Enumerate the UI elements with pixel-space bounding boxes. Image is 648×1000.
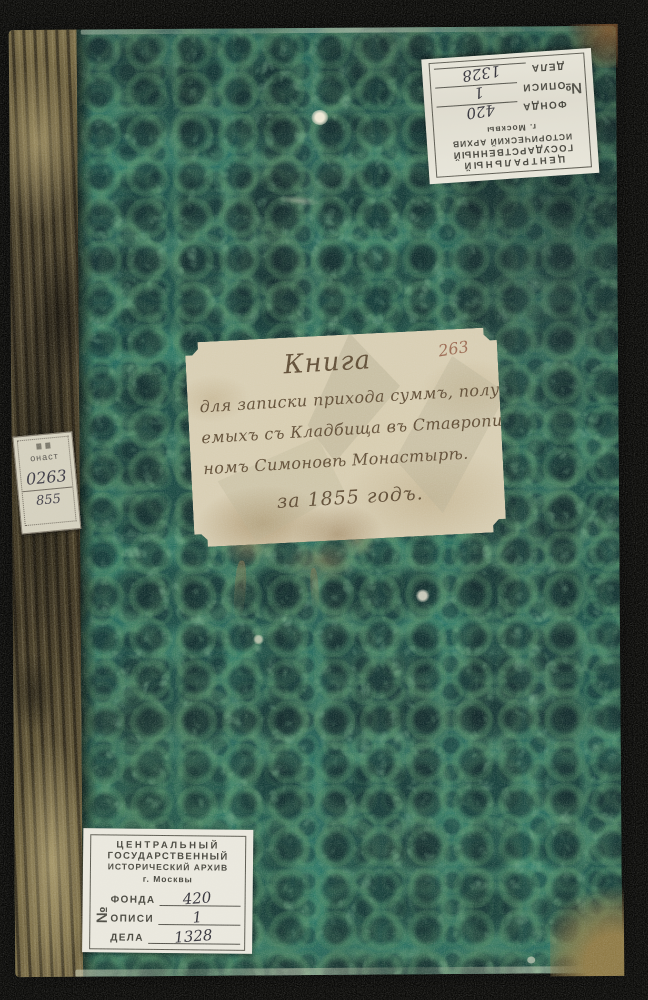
stamp-border-box: ЦЕНТРАЛЬНЫЙ ГОСУДАРСТВЕННЫЙ ИСТОРИЧЕСКИЙ… — [89, 834, 246, 951]
worn-corner-bottom-right — [550, 886, 625, 977]
delo-value-handwritten: 1328 — [461, 61, 502, 85]
white-spot — [311, 110, 328, 125]
spine-label: онаст 0263 855 — [12, 431, 81, 534]
fond-label: ФОНДА — [521, 97, 567, 111]
delo-label: ДЕЛА — [110, 933, 144, 944]
stamp-fields: № ФОНДА 420 ОПИСИ 1 ДЕЛА 1328 — [434, 58, 584, 125]
fond-row: ФОНДА 420 — [436, 97, 567, 121]
opis-line: 1 — [435, 82, 518, 103]
spine-label-number: 0263 — [21, 466, 73, 493]
fond-value-handwritten: 420 — [182, 889, 212, 909]
delo-value-handwritten: 1328 — [173, 926, 212, 947]
title-label: 263 Книга для записки прихода суммъ, пол… — [185, 327, 507, 548]
opis-value-handwritten: 1 — [192, 908, 203, 927]
fond-label: ФОНДА — [111, 895, 156, 906]
white-spot — [527, 956, 535, 963]
stamp-fields: № ФОНДА 420 ОПИСИ 1 ДЕЛА 1328 — [94, 887, 241, 946]
delo-row: ДЕЛА 1328 — [110, 929, 240, 945]
white-spot — [253, 634, 264, 644]
stamp-field-rows: ФОНДА 420 ОПИСИ 1 ДЕЛА 1328 — [434, 59, 568, 125]
spine-label-year: 855 — [23, 490, 74, 510]
spine-label-word: онаст — [19, 450, 70, 465]
opis-value-handwritten: 1 — [473, 83, 485, 102]
photo-background: 263 Книга для записки прихода суммъ, пол… — [0, 0, 648, 1000]
stamp-org-line-3: ИСТОРИЧЕСКИЙ АРХИВ — [95, 862, 241, 874]
fond-line: 420 — [159, 891, 240, 907]
stamp-border-box: ЦЕНТРАЛЬНЫЙ ГОСУДАРСТВЕННЫЙ ИСТОРИЧЕСКИЙ… — [428, 52, 591, 178]
archive-stamp-top: ЦЕНТРАЛЬНЫЙ ГОСУДАРСТВЕННЫЙ ИСТОРИЧЕСКИЙ… — [421, 48, 599, 184]
white-spot — [416, 589, 430, 602]
delo-line: 1328 — [434, 62, 527, 83]
fond-line: 420 — [436, 101, 518, 121]
fond-row: ФОНДА 420 — [111, 891, 241, 907]
archive-stamp-bottom: ЦЕНТРАЛЬНЫЙ ГОСУДАРСТВЕННЫЙ ИСТОРИЧЕСКИЙ… — [82, 828, 253, 954]
numero-sign: № — [74, 907, 131, 924]
opis-label: ОПИСИ — [521, 78, 565, 92]
spine-label-border: онаст 0263 855 — [17, 436, 77, 527]
opis-line: 1 — [158, 910, 241, 926]
fond-value-handwritten: 420 — [465, 100, 496, 122]
delo-label: ДЕЛА — [530, 59, 564, 72]
book-cover: 263 Книга для записки прихода суммъ, пол… — [9, 26, 623, 977]
stamp-org-line-4: г. Москвы — [95, 874, 241, 886]
delo-line: 1328 — [148, 929, 241, 945]
